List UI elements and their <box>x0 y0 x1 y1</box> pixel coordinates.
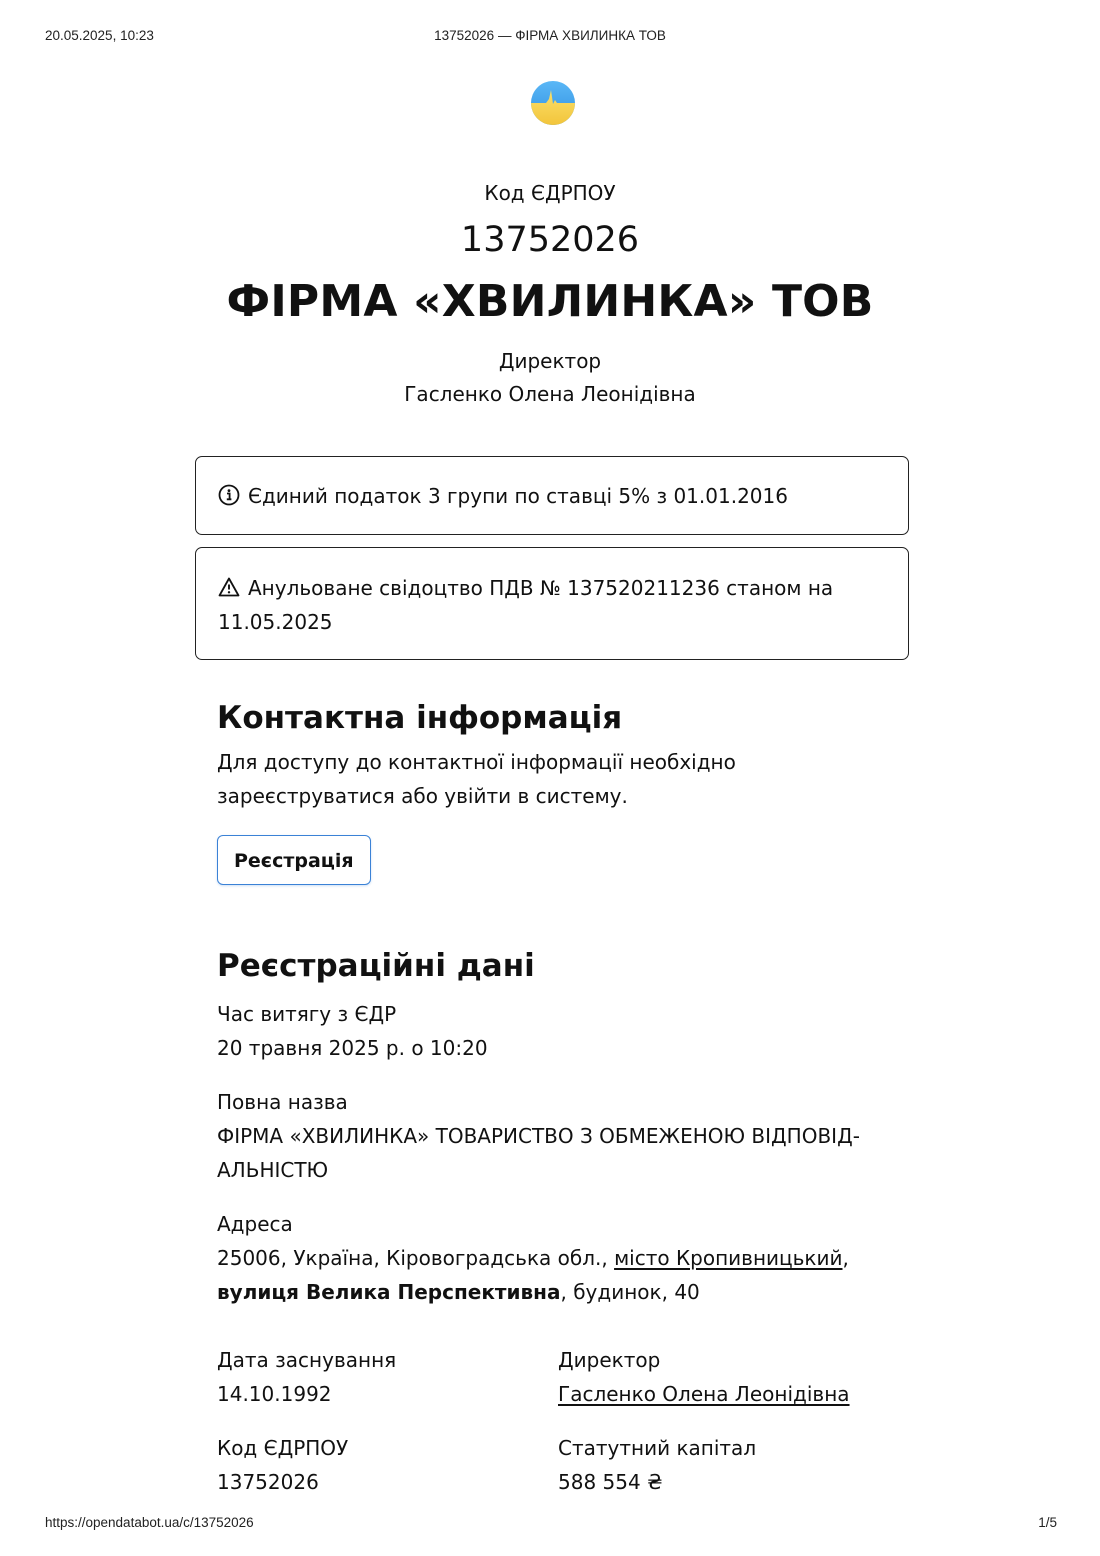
capital-field: Статутний капітал 588 554 ₴ <box>558 1431 888 1499</box>
edrpou-label: Код ЄДРПОУ <box>0 178 1100 208</box>
address-value: 25006, Україна, Кіровоградська обл., міс… <box>217 1241 907 1309</box>
extract-time-value: 20 травня 2025 р. о 10:20 <box>217 1031 907 1065</box>
contact-section: Контактна інформація Для доступу до конт… <box>217 697 907 885</box>
founded-label: Дата заснування <box>217 1343 547 1377</box>
vat-warning-alert: Анульоване свідоцтво ПДВ № 137520211236 … <box>195 547 909 660</box>
vat-warning-text: Анульоване свідоцтво ПДВ № 137520211236 … <box>218 576 833 634</box>
page-url: https://opendatabot.ua/c/13752026 <box>45 1515 254 1530</box>
address-label: Адреса <box>217 1207 907 1241</box>
edrpou-field: Код ЄДРПОУ 13752026 <box>217 1431 547 1499</box>
address-part-3: , будинок, 40 <box>561 1280 700 1304</box>
director-field-label: Директор <box>558 1343 888 1377</box>
company-name: ФІРМА «ХВИЛИНКА» ТОВ <box>0 272 1100 332</box>
street-name: вулиця Велика Перспективна <box>217 1280 561 1304</box>
edrpou-field-label: Код ЄДРПОУ <box>217 1431 547 1465</box>
contact-heading: Контактна інформація <box>217 697 907 739</box>
director-name: Гасленко Олена Леонідівна <box>0 379 1100 409</box>
director-label: Директор <box>0 346 1100 376</box>
capital-value: 588 554 ₴ <box>558 1465 888 1499</box>
info-circle-icon <box>218 484 240 506</box>
edrpou-code: 13752026 <box>0 214 1100 266</box>
page-number: 1/5 <box>1038 1515 1057 1530</box>
founded-value: 14.10.1992 <box>217 1377 547 1411</box>
extract-time-label: Час витягу з ЄДР <box>217 997 907 1031</box>
print-title: 13752026 — ФІРМА ХВИЛИНКА ТОВ <box>0 28 1100 43</box>
tax-info-alert: Єдиний податок 3 групи по ставці 5% з 01… <box>195 456 909 535</box>
contact-description: Для доступу до контактної інформації нео… <box>217 745 907 813</box>
full-name-label: Повна назва <box>217 1085 907 1119</box>
company-hero: Код ЄДРПОУ 13752026 ФІРМА «ХВИЛИНКА» ТОВ… <box>0 178 1100 409</box>
director-field: Директор Гасленко Олена Леонідівна <box>558 1343 888 1411</box>
address-field: Адреса 25006, Україна, Кіровоградська об… <box>217 1207 907 1309</box>
warning-triangle-icon <box>218 576 240 598</box>
registration-heading: Реєстраційні дані <box>217 945 907 987</box>
full-name-field: Повна назва ФІРМА «ХВИЛИНКА» ТОВАРИСТВО … <box>217 1085 907 1187</box>
full-name-value: ФІРМА «ХВИЛИНКА» ТОВАРИСТВО З ОБМЕЖЕНОЮ … <box>217 1119 877 1187</box>
address-part-1: 25006, Україна, Кіровоградська обл., <box>217 1246 614 1270</box>
tax-info-text: Єдиний податок 3 групи по ставці 5% з 01… <box>248 484 788 508</box>
director-link[interactable]: Гасленко Олена Леонідівна <box>558 1377 888 1411</box>
capital-label: Статутний капітал <box>558 1431 888 1465</box>
registration-section: Реєстраційні дані Час витягу з ЄДР 20 тр… <box>217 945 907 1309</box>
city-link[interactable]: місто Кропивницький <box>614 1246 842 1270</box>
edrpou-field-value: 13752026 <box>217 1465 547 1499</box>
extract-time-field: Час витягу з ЄДР 20 травня 2025 р. о 10:… <box>217 997 907 1065</box>
register-button[interactable]: Реєстрація <box>217 835 371 885</box>
founded-field: Дата заснування 14.10.1992 <box>217 1343 547 1411</box>
address-part-2: , <box>843 1246 849 1270</box>
opendatabot-logo-icon <box>530 80 576 126</box>
